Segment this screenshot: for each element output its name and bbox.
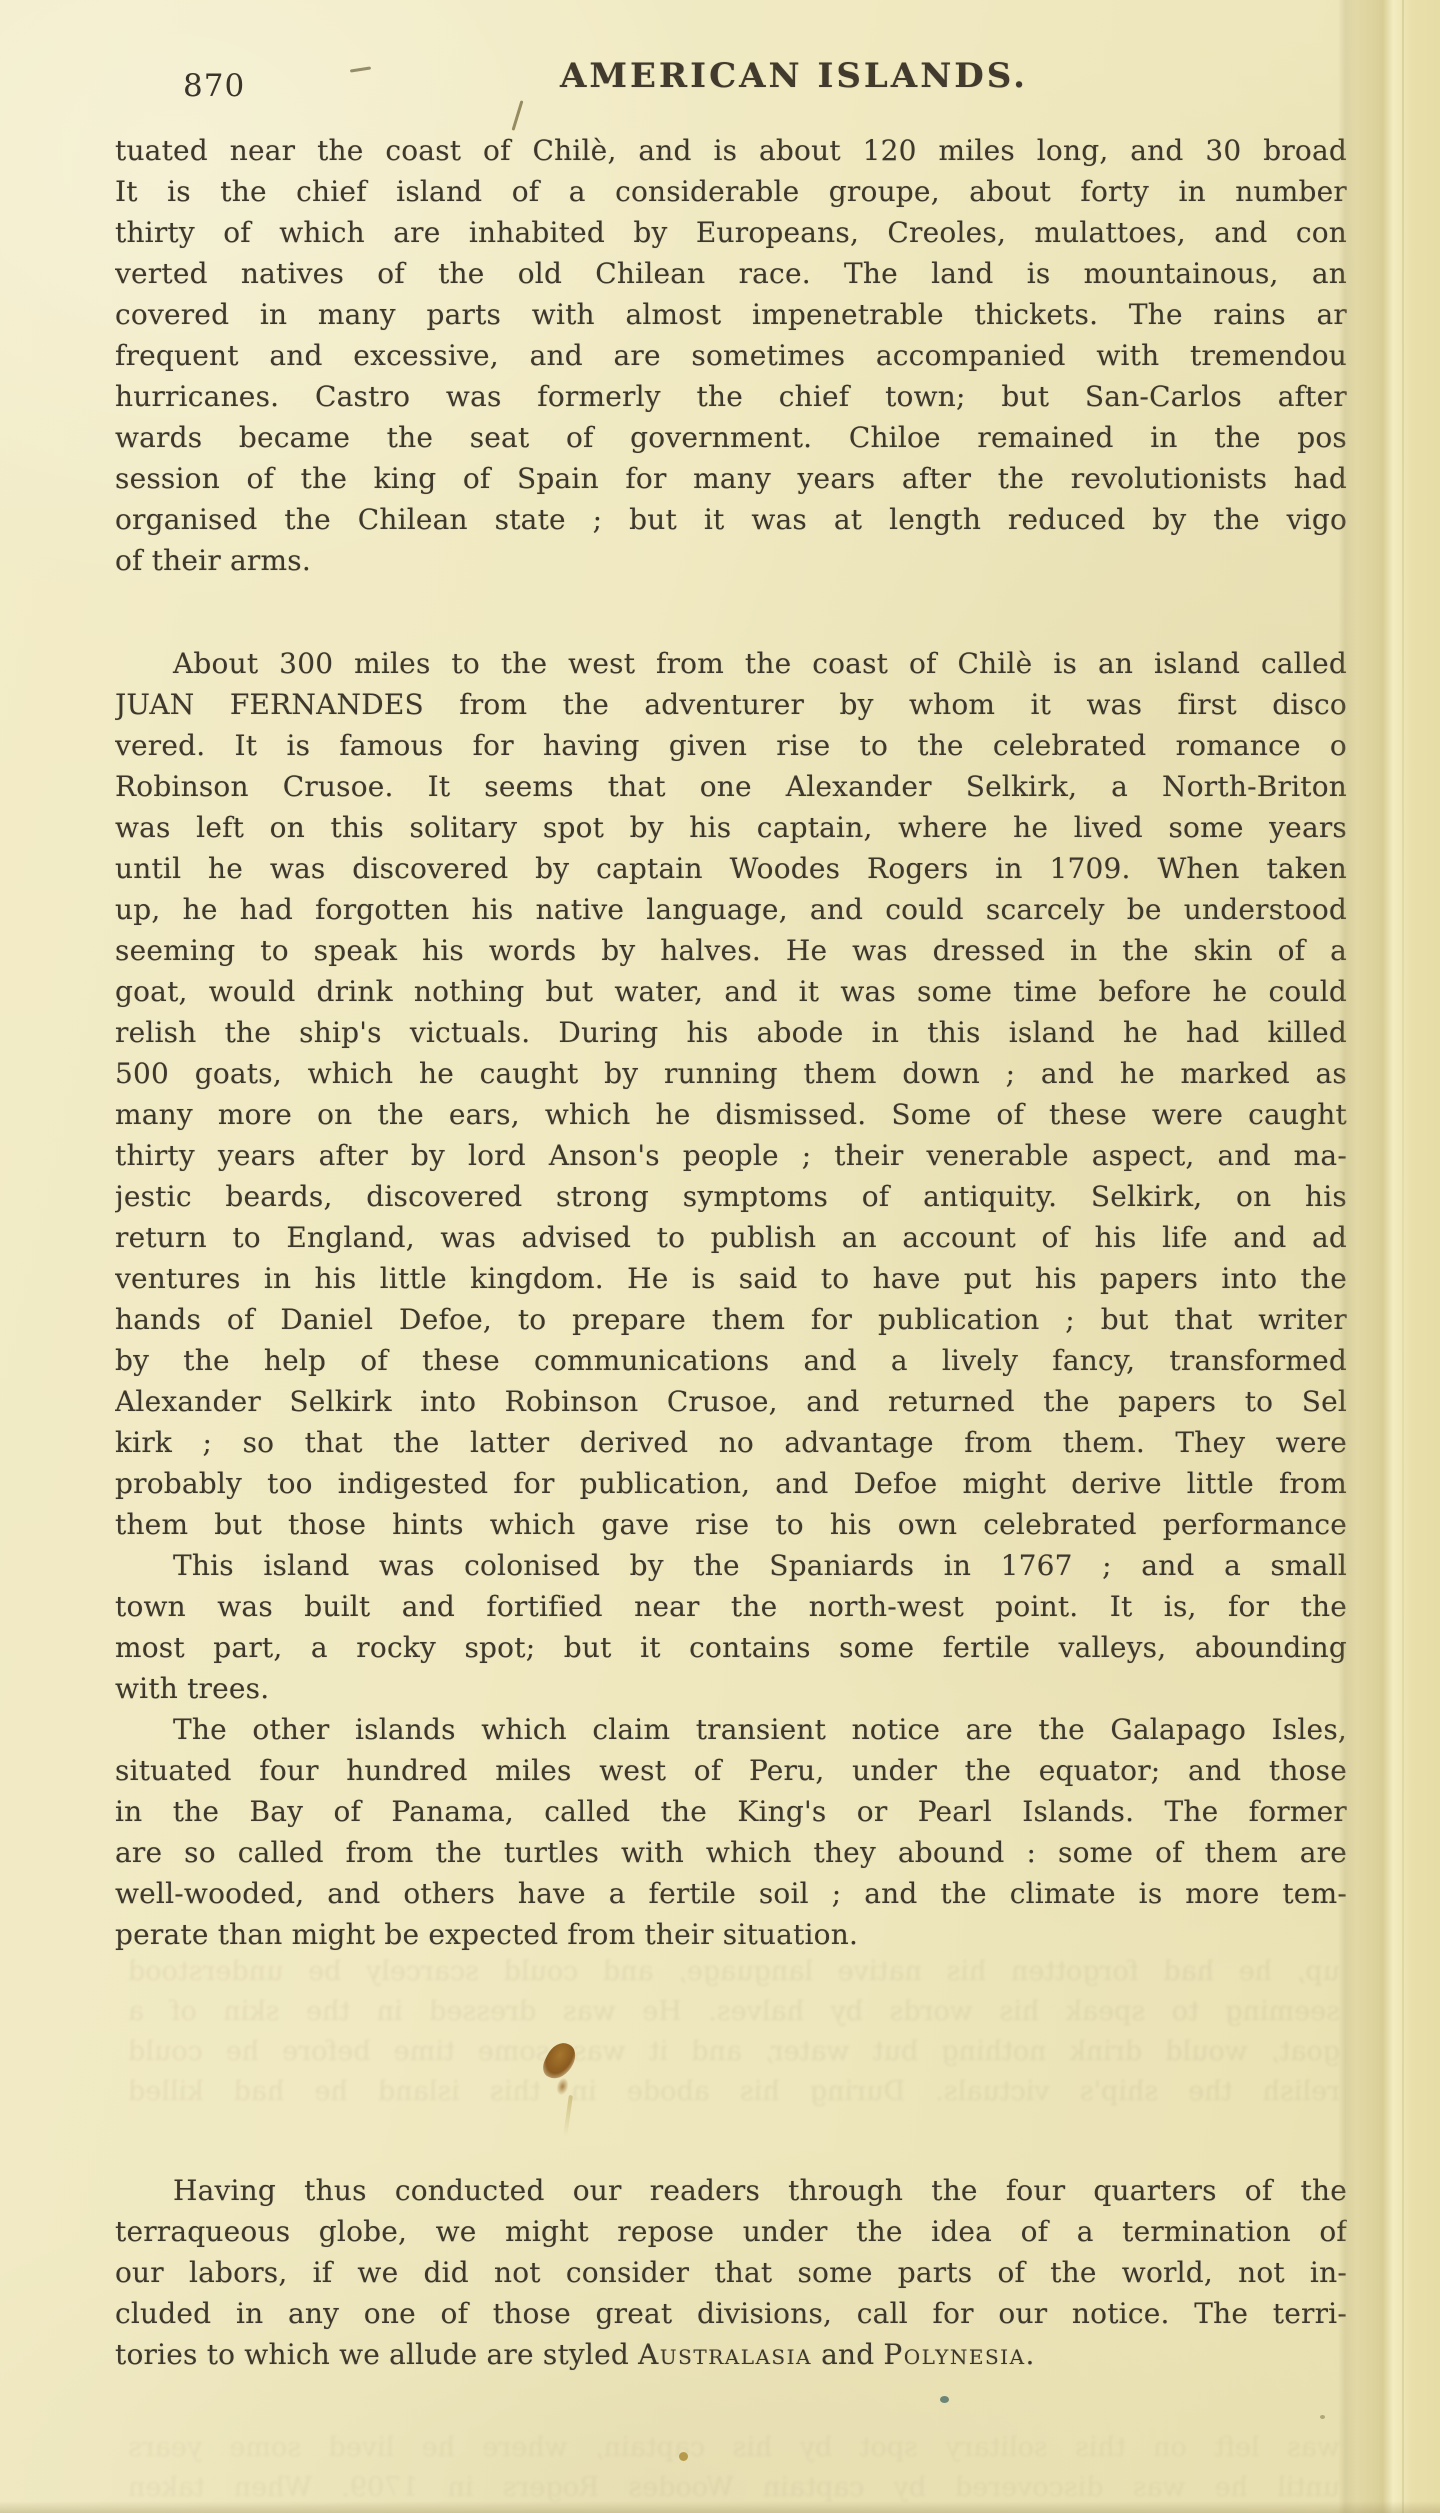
text-line: many more on the ears, which he dismisse… — [115, 1094, 1347, 1135]
text-line: verted natives of the old Chilean race. … — [115, 253, 1347, 294]
text-line: return to England, was advised to publis… — [115, 1217, 1347, 1258]
text-line: in the Bay of Panama, called the King's … — [115, 1791, 1347, 1832]
small-caps-term: Polynesia — [883, 2338, 1025, 2371]
paragraph: Having thus conducted our readers throug… — [115, 2170, 1347, 2375]
paragraph: About 300 miles to the west from the coa… — [115, 643, 1347, 1545]
paragraph: This island was colonised by the Spaniar… — [115, 1545, 1347, 1709]
text-line: situated four hundred miles west of Peru… — [115, 1750, 1347, 1791]
text-line: 500 goats, which he caught by running th… — [115, 1053, 1347, 1094]
page-bottom-shadow — [0, 2501, 1440, 2513]
small-caps-term: Australasia — [638, 2338, 812, 2371]
text-line: Robinson Crusoe. It seems that one Alexa… — [115, 766, 1347, 807]
page-crease-line — [1402, 0, 1404, 2513]
text-line: covered in many parts with almost impene… — [115, 294, 1347, 335]
page-number: 870 — [183, 68, 245, 104]
text-line: probably too indigested for publication,… — [115, 1463, 1347, 1504]
text-line: kirk ; so that the latter derived no adv… — [115, 1422, 1347, 1463]
text-line: by the help of these communications and … — [115, 1340, 1347, 1381]
pen-slash-mark — [512, 100, 524, 131]
text-line: The other islands which claim transient … — [115, 1709, 1347, 1750]
page-gutter-shadow — [1338, 0, 1440, 2513]
text-line: until he was discovered by captain Woode… — [115, 848, 1347, 889]
text-line: of their arms. — [115, 540, 1347, 581]
pen-dash-mark — [350, 66, 371, 72]
text-line: Having thus conducted our readers throug… — [115, 2170, 1347, 2211]
text-line: most part, a rocky spot; but it contains… — [115, 1627, 1347, 1668]
text-line: seeming to speak his words by halves. He… — [115, 930, 1347, 971]
text-line: our labors, if we did not consider that … — [115, 2252, 1347, 2293]
text-line: town was built and fortified near the no… — [115, 1586, 1347, 1627]
scanned-page-sheet: 870 AMERICAN ISLANDS. up, he had forgott… — [0, 0, 1440, 2513]
text-line: thirty years after by lord Anson's peopl… — [115, 1135, 1347, 1176]
running-title: AMERICAN ISLANDS. — [560, 56, 1028, 96]
text-line: organised the Chilean state ; but it was… — [115, 499, 1347, 540]
text-line: goat, would drink nothing but water, and… — [115, 971, 1347, 1012]
text-line: was left on this solitary spot by his ca… — [115, 807, 1347, 848]
text-line: session of the king of Spain for many ye… — [115, 458, 1347, 499]
show-through-text: was left on this solitary spot by his ca… — [128, 2428, 1340, 2508]
text-line: ventures in his little kingdom. He is sa… — [115, 1258, 1347, 1299]
text-line: up, he had forgotten his native language… — [115, 889, 1347, 930]
text-line: jestic beards, discovered strong symptom… — [115, 1176, 1347, 1217]
text-line: relish the ship's victuals. During his a… — [115, 1012, 1347, 1053]
paper-speck — [940, 2396, 949, 2403]
text-line: thirty of which are inhabited by Europea… — [115, 212, 1347, 253]
paragraph: The other islands which claim transient … — [115, 1709, 1347, 1955]
text-line: frequent and excessive, and are sometime… — [115, 335, 1347, 376]
text-line: It is the chief island of a considerable… — [115, 171, 1347, 212]
text-line: hands of Daniel Defoe, to prepare them f… — [115, 1299, 1347, 1340]
paper-speck — [1320, 2415, 1325, 2419]
page-text-column: tuated near the coast of Chilè, and is a… — [115, 130, 1347, 2375]
text-line: them but those hints which gave rise to … — [115, 1504, 1347, 1545]
text-line: well-wooded, and others have a fertile s… — [115, 1873, 1347, 1914]
text-line: are so called from the turtles with whic… — [115, 1832, 1347, 1873]
text-line: vered. It is famous for having given ris… — [115, 725, 1347, 766]
paragraph: tuated near the coast of Chilè, and is a… — [115, 130, 1347, 581]
text-line: About 300 miles to the west from the coa… — [115, 643, 1347, 684]
text-line: tuated near the coast of Chilè, and is a… — [115, 130, 1347, 171]
text-line: tories to which we allude are styled Aus… — [115, 2334, 1347, 2375]
text-line: hurricanes. Castro was formerly the chie… — [115, 376, 1347, 417]
text-line: with trees. — [115, 1668, 1347, 1709]
text-line: cluded in any one of those great divisio… — [115, 2293, 1347, 2334]
text-line: This island was colonised by the Spaniar… — [115, 1545, 1347, 1586]
text-line: JUAN FERNANDES from the adventurer by wh… — [115, 684, 1347, 725]
text-line: perate than might be expected from their… — [115, 1914, 1347, 1955]
text-line: Alexander Selkirk into Robinson Crusoe, … — [115, 1381, 1347, 1422]
paper-speck — [679, 2452, 688, 2461]
text-line: terraqueous globe, we might repose under… — [115, 2211, 1347, 2252]
show-through-line: was left on this solitary spot by his ca… — [128, 2428, 1340, 2468]
text-line: wards became the seat of government. Chi… — [115, 417, 1347, 458]
